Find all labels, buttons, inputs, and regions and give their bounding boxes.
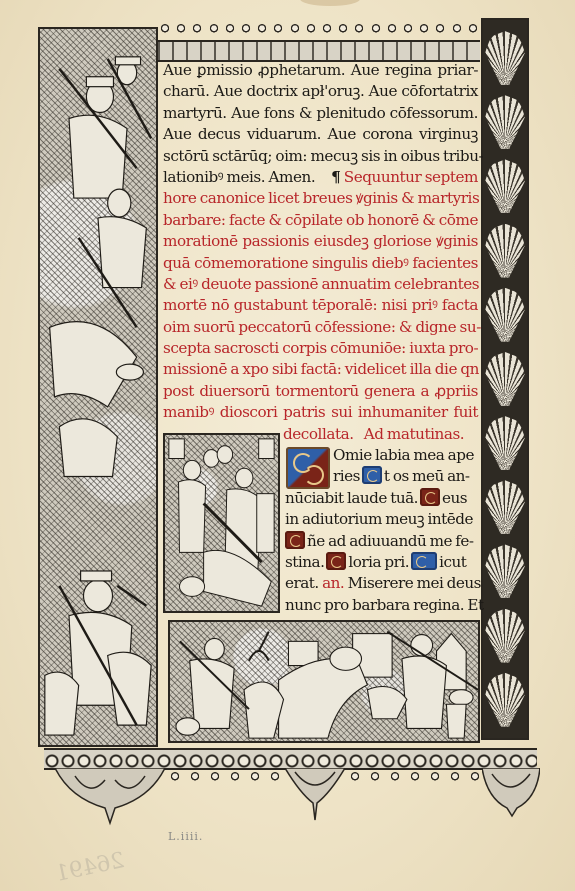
antiphon-rubric: an. <box>322 574 344 592</box>
rubric-line: post diuersorū tormentorū genera a ꝓprii… <box>163 381 478 402</box>
initial-S-icon <box>411 552 437 570</box>
foliate-pendant-center-icon <box>285 768 345 823</box>
initial-G-icon <box>326 552 346 570</box>
scallop-shell-icon <box>485 416 525 470</box>
office-line: stina.loria pri.icut <box>285 552 480 573</box>
foliate-pendant-right-icon <box>482 768 540 818</box>
office-text-span: t os meū an- <box>384 467 470 485</box>
hunting-scene-icon <box>170 622 478 741</box>
initial-D-icon <box>285 531 305 549</box>
office-text-span: in adiutorium meuꝫ intēde <box>285 510 473 528</box>
top-crest-border <box>160 20 478 36</box>
office-line: Omie labia mea ape <box>285 445 480 466</box>
scallop-shell-icon <box>485 352 525 406</box>
office-text-span: eus <box>442 489 467 507</box>
office-text-span: ñe ad adiuuandū me fe- <box>307 532 474 550</box>
right-border-shell-column <box>481 18 529 740</box>
bottom-hunt-woodcut-panel <box>168 620 480 743</box>
office-text-span: ries <box>333 467 360 485</box>
left-border-hunt-woodcut <box>38 27 158 747</box>
text-span: lationibꝰ meis. Amen. <box>163 167 315 188</box>
office-text-span: nūciabit laude tuā. <box>285 489 418 507</box>
initial-E-icon <box>362 466 382 484</box>
top-acanthus-frieze <box>158 40 480 62</box>
rubric-line: barbare: facte & cōpilate ob honorē & cō… <box>163 210 478 231</box>
scallop-shell-icon <box>485 95 525 149</box>
scallop-shell-icon <box>485 288 525 342</box>
rubric-line: mortē nō gustabunt tēporalē: nisi priꝰ f… <box>163 295 478 316</box>
office-line: nunc pro barbara regina. Et <box>285 595 480 616</box>
office-text-span: Omie labia mea ape <box>333 446 474 464</box>
hunters-figures-icon <box>40 29 156 745</box>
office-text-span: loria pri. <box>348 553 409 571</box>
office-line: in adiutorium meuꝫ intēde <box>285 509 480 530</box>
text-line: charū. Aue doctrix apł'oruꝫ. Aue cōforta… <box>163 81 478 102</box>
scallop-shell-icon <box>485 31 525 85</box>
rubric-line: oim suorū peccatorū cōfessione: & digne … <box>163 317 478 338</box>
office-text-span: Miserere mei deus <box>348 574 481 592</box>
foliate-pendant-left-icon <box>55 768 165 828</box>
show-through-ink: 26491 <box>53 848 127 887</box>
rubric-line: quā cōmemoratione singulis diebꝰ facient… <box>163 253 478 274</box>
signature-mark: L.iiii. <box>168 830 203 843</box>
rubric-line: scepta sacroscti corpis cōmuniōe: iuxta … <box>163 338 478 359</box>
text-line: Aue ꝑmissio ꝓphetarum. Aue regina priar- <box>163 60 478 81</box>
scallop-shell-icon <box>485 673 525 727</box>
scallop-shell-icon <box>485 224 525 278</box>
text-line: Aue decus viduarum. Aue corona virginuꝫ <box>163 124 478 145</box>
office-text-span: stina. <box>285 553 324 571</box>
office-text-span: icut <box>439 553 466 571</box>
rubric-line: morationē passionis eiusdeꝫ gloriose ꝟgi… <box>163 231 478 252</box>
scallop-shell-icon <box>485 480 525 534</box>
rubric-line: missionē a xpo sibi factā: videlicet ill… <box>163 359 478 380</box>
office-text-span: erat. <box>285 574 319 592</box>
paper-stain <box>300 0 360 6</box>
rubric-line: manibꝰ dioscori patris sui inhumaniter f… <box>163 402 478 423</box>
scallop-shell-icon <box>485 609 525 663</box>
office-line: riest os meū an- <box>285 466 480 487</box>
scallop-shell-icon <box>485 159 525 213</box>
office-text-span: nunc pro barbara regina. Et <box>285 596 484 614</box>
rubric-span: Sequuntur septem <box>344 168 478 186</box>
text-line: martyrū. Aue fons & plenitudo cōfessorum… <box>163 103 478 124</box>
main-text-block: Aue ꝑmissio ꝓphetarum. Aue regina priar-… <box>163 60 478 445</box>
initial-D-icon <box>420 488 440 506</box>
office-text-block: Omie labia mea ape riest os meū an- nūci… <box>285 445 480 616</box>
rubric-line: & eiꝰ deuote passionē annuatim celebrant… <box>163 274 478 295</box>
bottom-roundel-frieze <box>44 748 537 770</box>
martyrdom-woodcut-panel <box>163 433 280 613</box>
office-line: erat. an. Miserere mei deus <box>285 573 480 594</box>
pilcrow-icon: ¶ <box>331 168 340 186</box>
office-line: ñe ad adiuuandū me fe- <box>285 531 480 552</box>
beheading-scene-icon <box>165 435 278 611</box>
text-line: sctōrū sctārūq; oim: mecuꝫ sis in oibus … <box>163 146 478 167</box>
text-line-rubric-start: lationibꝰ meis. Amen. ¶ Sequuntur septem <box>163 167 478 188</box>
scallop-shell-icon <box>485 544 525 598</box>
office-line: nūciabit laude tuā.eus <box>285 488 480 509</box>
rubric-line: hore canonice licet breues ꝟginis & mart… <box>163 188 478 209</box>
